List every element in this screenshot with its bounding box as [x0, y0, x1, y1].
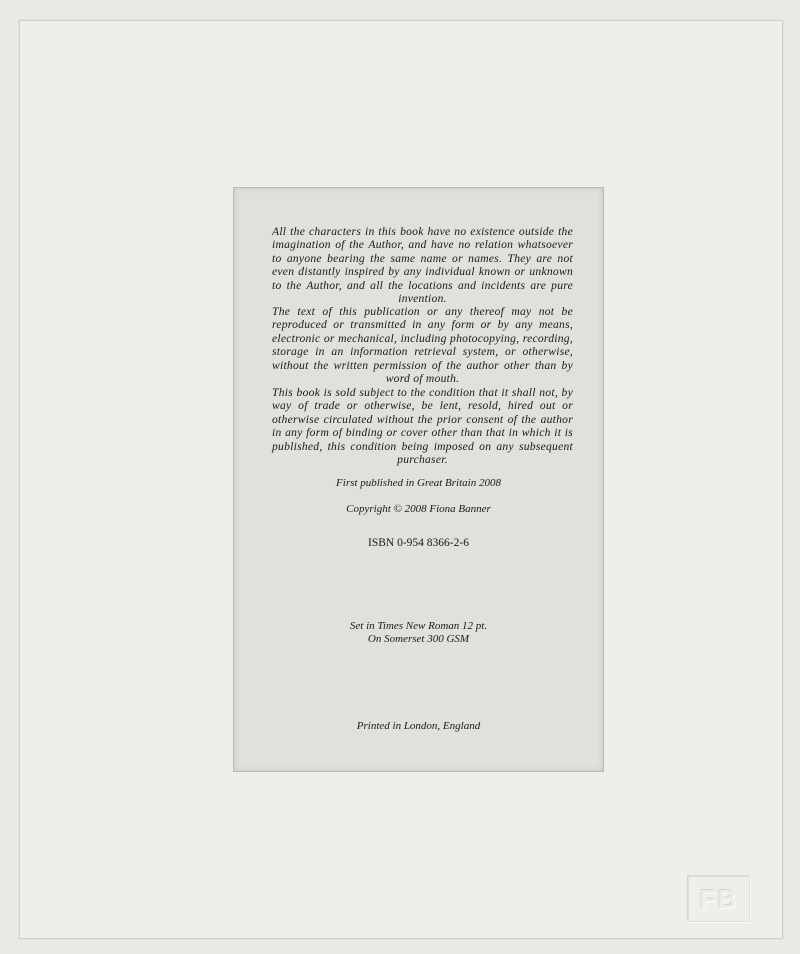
sale-condition-paragraph: This book is sold subject to the conditi… [272, 386, 573, 466]
reproduction-paragraph: The text of this publication or any ther… [272, 305, 573, 385]
printed-location: Printed in London, England [234, 720, 603, 732]
disclaimer-paragraph: All the characters in this book have no … [272, 225, 573, 305]
isbn: ISBN 0-954 8366-2-6 [234, 537, 603, 549]
blindstamp-monogram: FB [688, 876, 750, 922]
typeset-info: Set in Times New Roman 12 pt. [234, 620, 603, 632]
printed-plate: All the characters in this book have no … [233, 187, 604, 772]
copyright: Copyright © 2008 Fiona Banner [234, 503, 603, 515]
paper-info: On Somerset 300 GSM [234, 633, 603, 645]
first-published: First published in Great Britain 2008 [234, 477, 603, 489]
paper-sheet: All the characters in this book have no … [19, 20, 783, 939]
